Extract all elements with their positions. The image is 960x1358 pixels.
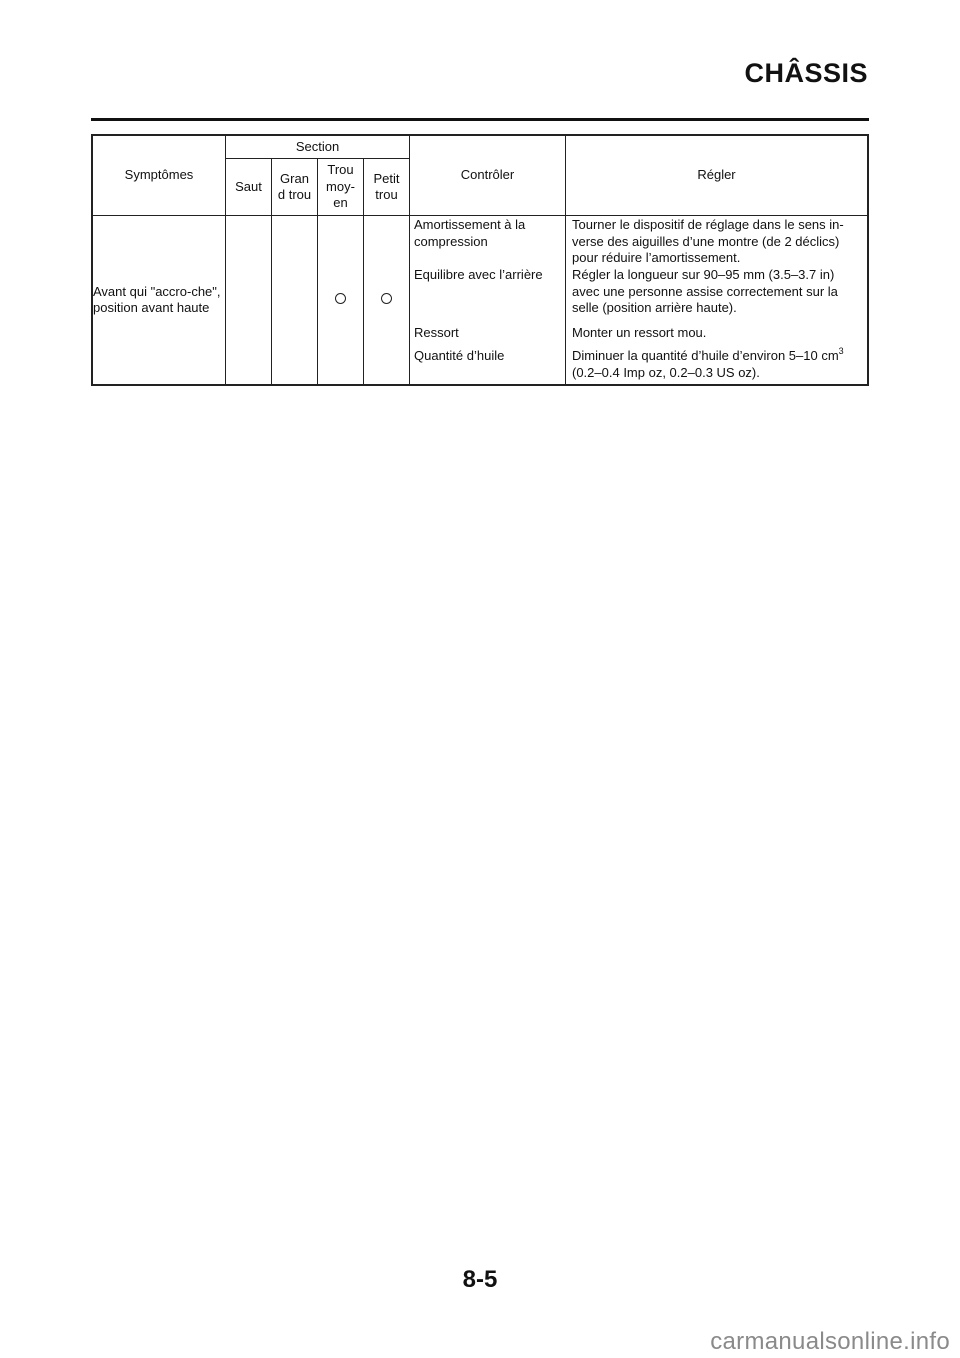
circle-mark-icon [381,293,392,304]
header-section-medium-hole: Troumoy-en [318,159,364,216]
page-title: CHÂSSIS [744,58,868,89]
header-row: Symptômes Section Contrôler Régler [92,135,868,159]
page-number: 8-5 [0,1266,960,1294]
adjust-item: Tourner le dispositif de réglage dans le… [566,217,867,267]
mark-cell-medium-hole [318,216,364,386]
watermark: carmanualsonline.info [710,1328,950,1356]
adjust-cell: Tourner le dispositif de réglage dans le… [566,216,869,386]
title-divider [91,118,869,121]
mark-cell-small-hole [364,216,410,386]
check-item: Ressort [410,325,565,348]
symptom-cell: Avant qui "accro-che", position avant ha… [92,216,226,386]
circle-mark-icon [335,293,346,304]
table-row: Avant qui "accro-che", position avant ha… [92,216,868,386]
check-cell: Amortissement à la compression Equilibre… [410,216,566,386]
check-item: Amortissement à la compression [410,217,565,267]
adjust-item: Régler la longueur sur 90–95 mm (3.5–3.7… [566,267,867,325]
header-section: Section [226,135,410,159]
mark-cell-jump [226,216,272,386]
header-section-jump: Saut [226,159,272,216]
check-item: Equilibre avec l’arrière [410,267,565,325]
troubleshooting-table: Symptômes Section Contrôler Régler Saut … [91,134,869,386]
header-adjust: Régler [566,135,869,216]
header-section-large-hole: Grand trou [272,159,318,216]
mark-cell-large-hole [272,216,318,386]
header-section-small-hole: Petittrou [364,159,410,216]
check-item: Quantité d’huile [410,348,565,384]
header-check: Contrôler [410,135,566,216]
adjust-item: Diminuer la quantité d’huile d’environ 5… [566,348,867,384]
header-symptoms: Symptômes [92,135,226,216]
adjust-item: Monter un ressort mou. [566,325,867,348]
